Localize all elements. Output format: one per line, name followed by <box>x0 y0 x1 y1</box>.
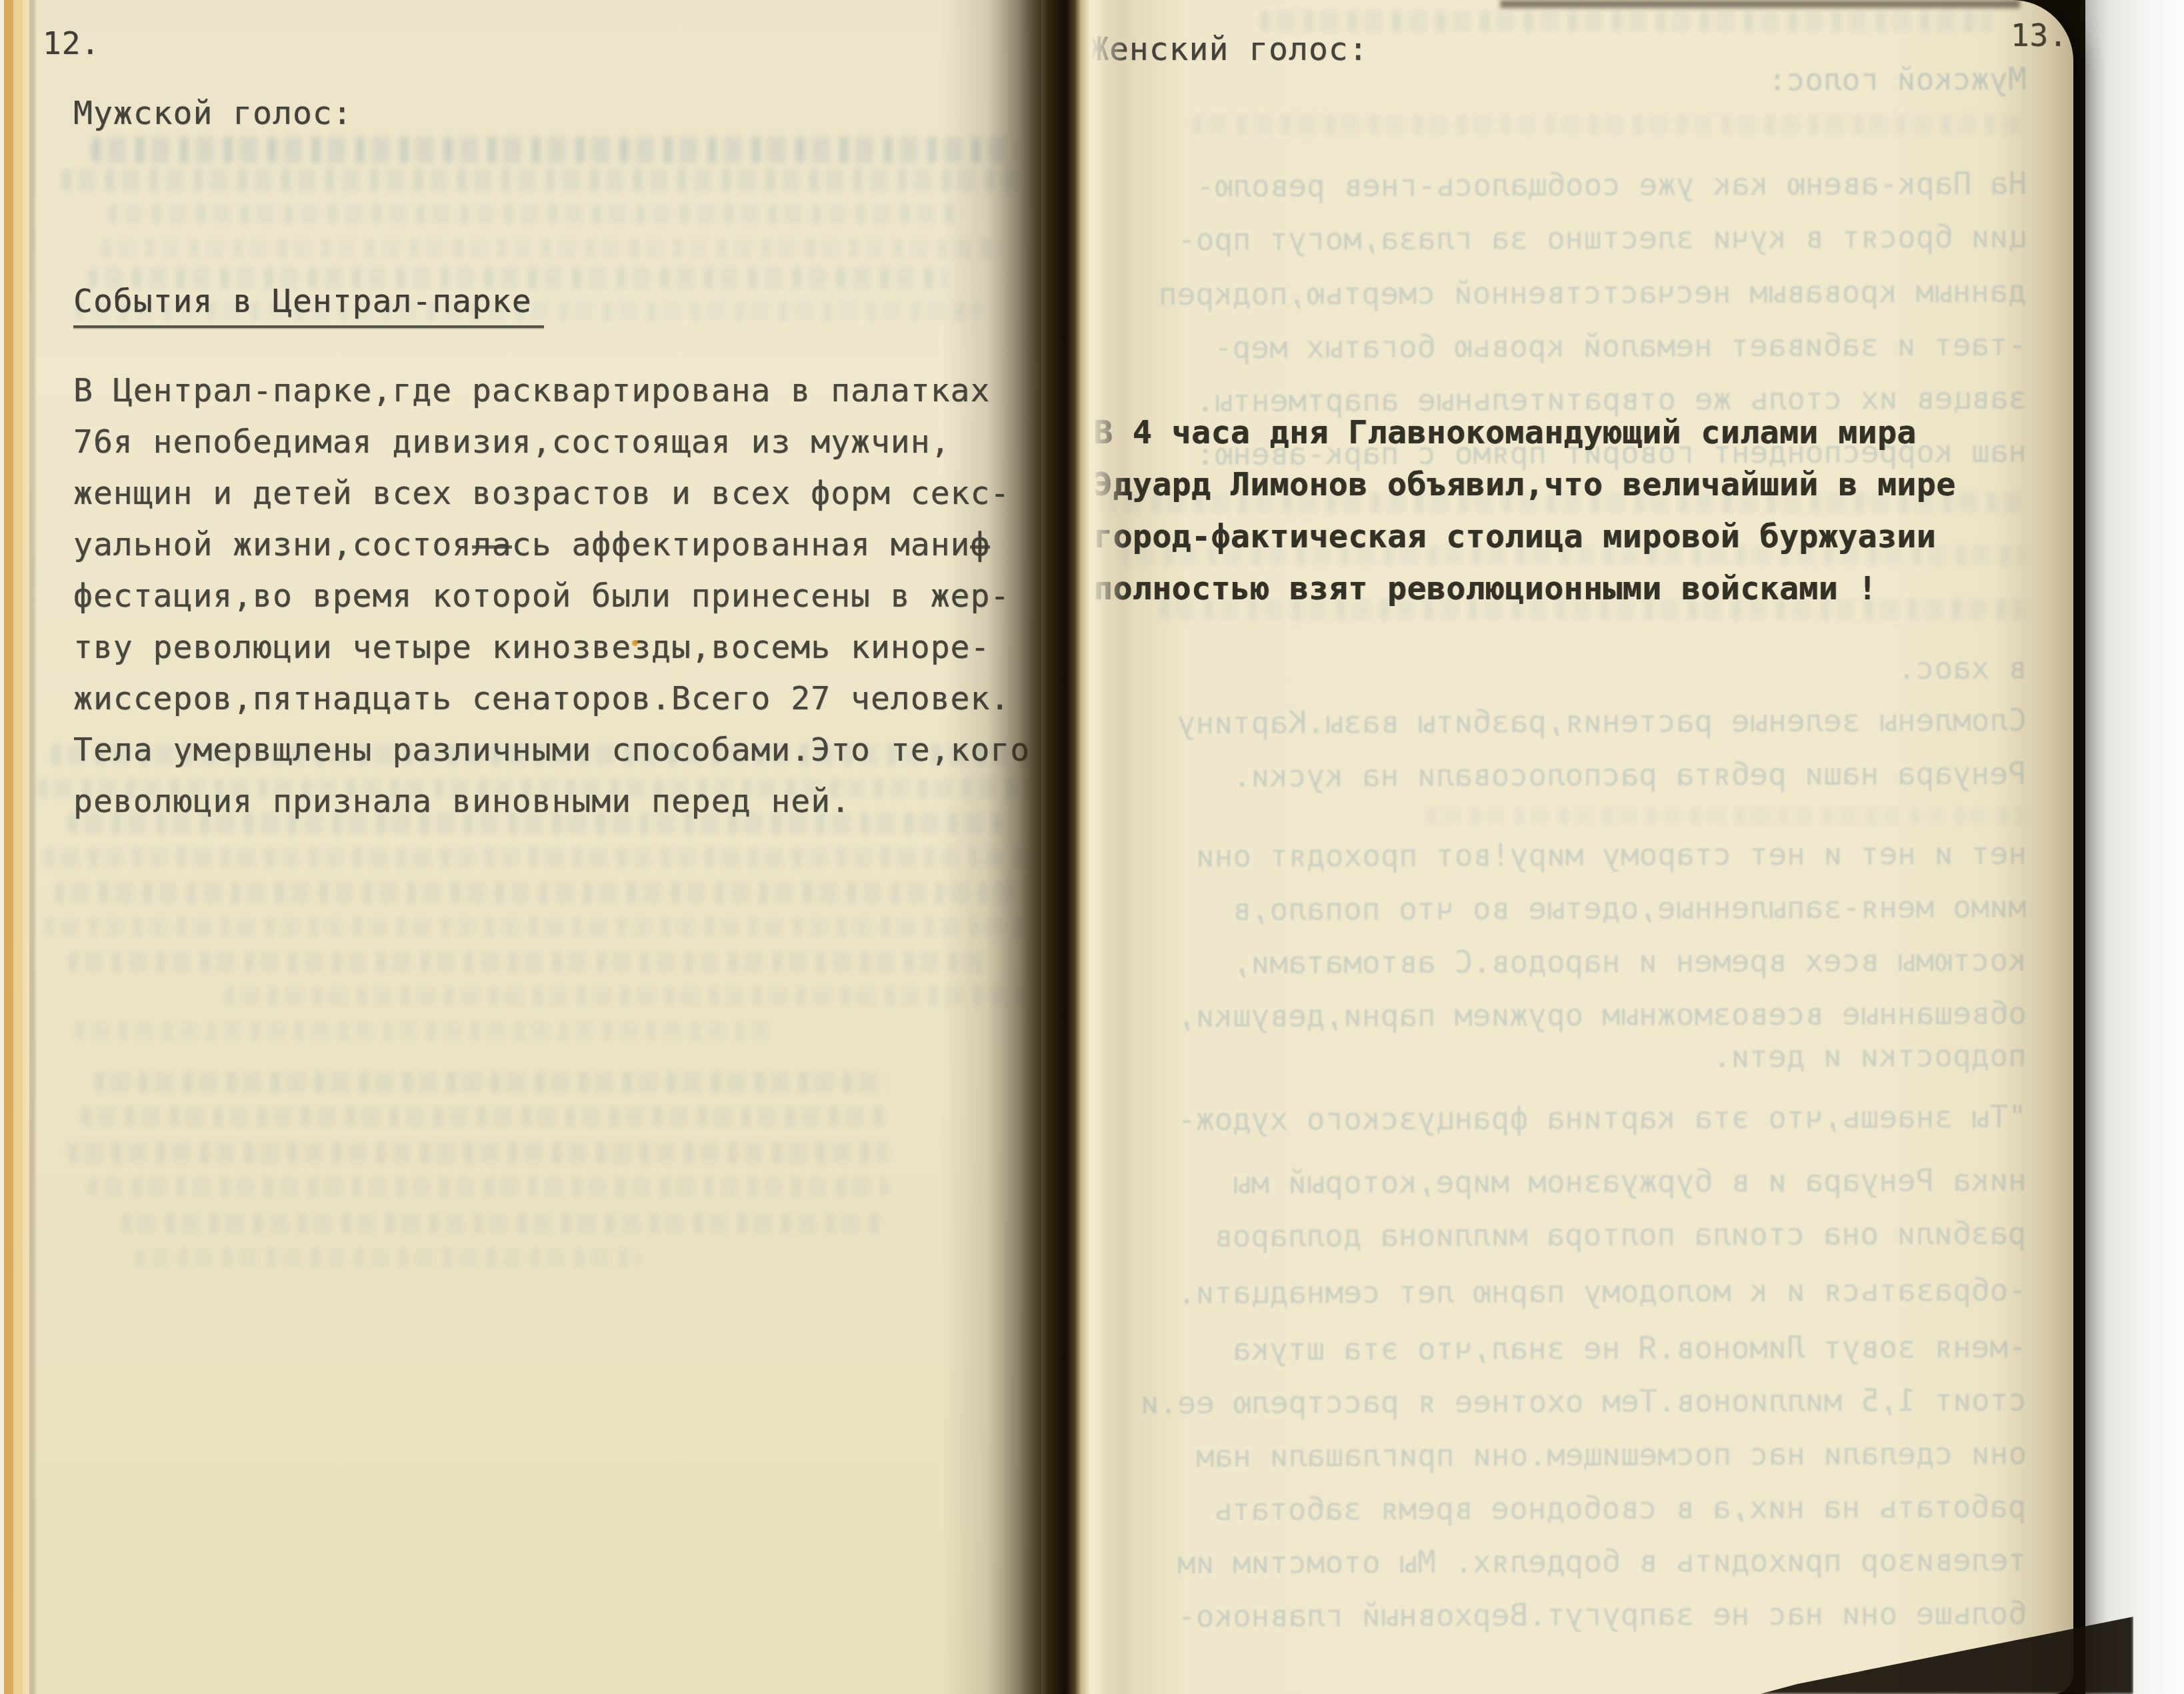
bleedthrough-speaker: Мужской голос: <box>1768 61 2027 97</box>
bleedthrough-line: разбили она стоила полтора миллиона долл… <box>1214 1215 2027 1254</box>
bleedthrough-smudge <box>225 986 1025 1006</box>
paragraph-line: город-фактическая столица мировой буржуа… <box>1093 511 1956 563</box>
right-paragraph: В 4 часа дня Главнокомандующий силами ми… <box>1093 407 1956 615</box>
paragraph-line: В Централ-парке,где расквартирована в па… <box>73 365 1030 417</box>
bleedthrough-smudge <box>68 1142 888 1163</box>
bleedthrough-line: Сломлены зеленые растения,разбиты вазы.К… <box>1177 702 2027 741</box>
left-speaker-label: Мужской голос: <box>73 95 353 132</box>
bleedthrough-smudge <box>108 204 961 224</box>
left-page: 12. Мужской голос: События в Централ-пар… <box>0 0 1041 1694</box>
page-top-edge-shadow <box>1500 0 2020 8</box>
bleedthrough-smudge <box>88 1177 888 1197</box>
bleedthrough-line: работать на них,а в свободное время забо… <box>1214 1489 2027 1527</box>
paragraph-line: Тела умервщлены различными способами.Это… <box>73 725 1030 776</box>
bleedthrough-line: нет и нет и нет старому миру!вот проходя… <box>1196 835 2027 874</box>
bleedthrough-smudge <box>45 847 1025 867</box>
right-page-number: 13. <box>2011 17 2068 53</box>
bleedthrough-line: данным кровавым несчастственной смертью,… <box>1159 273 2027 313</box>
paragraph-line: Эдуард Лимонов объявил,что величайший в … <box>1093 459 1956 511</box>
bleedthrough-smudge <box>68 951 988 973</box>
paragraph-line: революция признала виновными перед ней. <box>73 776 1030 827</box>
bleedthrough-line: -меня зовут Лимонов.Я не знал,что эта шт… <box>1233 1329 2027 1367</box>
bleedthrough-line: телевизор приходить в борделях. Мы отомс… <box>1177 1542 2027 1581</box>
overstruck-text: ла <box>472 526 512 563</box>
overstruck-text: ф <box>970 526 990 563</box>
paragraph-line: женщин и детей всех возрастов и всех фор… <box>73 468 1030 519</box>
bleedthrough-smudge <box>101 239 1001 259</box>
bleedthrough-smudge <box>61 169 1021 191</box>
bleedthrough-line: ции бросят в кучи злестшно за глаза,могу… <box>1177 219 2027 257</box>
scanner-bed-strip <box>2085 0 2184 1694</box>
paragraph-line: 76я непобедимая дивизия,состоящая из муж… <box>73 417 1030 468</box>
bleedthrough-smudge <box>55 882 1015 903</box>
paragraph-line: фестация,во время которой были принесены… <box>73 571 1030 622</box>
paragraph-text: уальной жизни,состоя <box>73 526 472 563</box>
paragraph-line: тву революции четыре кинозвезды,восемь к… <box>73 622 1030 673</box>
bleedthrough-line: На Парк-авеню как уже сообщалось-гнев ре… <box>1196 165 2027 204</box>
section-heading: События в Централ-парке <box>73 283 544 328</box>
bleedthrough-smudge <box>135 1248 641 1268</box>
bleedthrough-line: в хаос. <box>1897 650 2027 687</box>
paragraph-line: жиссеров,пятнадцать сенаторов.Всего 27 ч… <box>73 673 1030 725</box>
right-page: Мужской голос: На Парк-авеню как уже соо… <box>1075 0 2073 1694</box>
bleedthrough-line: подростки и дети. <box>1713 1037 2027 1075</box>
paragraph-line: В 4 часа дня Главнокомандующий силами ми… <box>1093 407 1956 459</box>
bleedthrough-smudge <box>1427 807 2027 825</box>
bleedthrough-smudge <box>1260 11 1993 32</box>
bleedthrough-line: стоит 1,5 миллионов.Тем охотнее я расстр… <box>1141 1382 2027 1421</box>
bleedthrough-line: обвешанные всевозможным оружием парни,де… <box>1177 995 2027 1034</box>
bleedthrough-smudge <box>95 1071 888 1093</box>
left-paragraph: В Централ-парке,где расквартирована в па… <box>73 365 1030 827</box>
bleedthrough-smudge <box>1193 115 2027 135</box>
bleedthrough-line: мимо меня-запыленные,одетые во что попал… <box>1233 889 2027 927</box>
bleedthrough-line: ника Ренуара и в буржуазном мире,который… <box>1233 1162 2027 1201</box>
bleedthrough-line: "Ты знаешь,что эта картина французского … <box>1177 1099 2027 1137</box>
bleedthrough-smudge <box>81 1107 888 1127</box>
bleedthrough-smudge <box>45 917 1025 937</box>
paragraph-line: полностью взят революционными войсками ! <box>1093 563 1956 615</box>
bleedthrough-line: -образаться и к молодому парню лет семна… <box>1177 1272 2027 1311</box>
bleedthrough-smudge <box>91 137 1018 163</box>
bleedthrough-smudge <box>121 1213 888 1234</box>
bleedthrough-line: они сделали нас посмешищем.они приглашал… <box>1196 1435 2027 1474</box>
bleedthrough-smudge <box>75 1021 775 1041</box>
left-page-number: 12. <box>43 25 100 61</box>
ink-speck <box>632 640 638 646</box>
bleedthrough-line: больше они нас не запругут.Верховный гла… <box>1177 1595 2027 1634</box>
paragraph-line: уальной жизни,состоялась аффектированная… <box>73 519 1030 571</box>
right-speaker-label: Женский голос: <box>1089 31 1369 68</box>
paragraph-text: сь аффектированная мани <box>512 526 971 563</box>
bleedthrough-line: костюмы всех времен и народов.С автомата… <box>1233 942 2027 981</box>
bleedthrough-line: Ренуара наши ребята располосовали на кус… <box>1233 755 2027 794</box>
bleedthrough-line: -тает и забивает немалой кровью богатых … <box>1214 327 2027 365</box>
